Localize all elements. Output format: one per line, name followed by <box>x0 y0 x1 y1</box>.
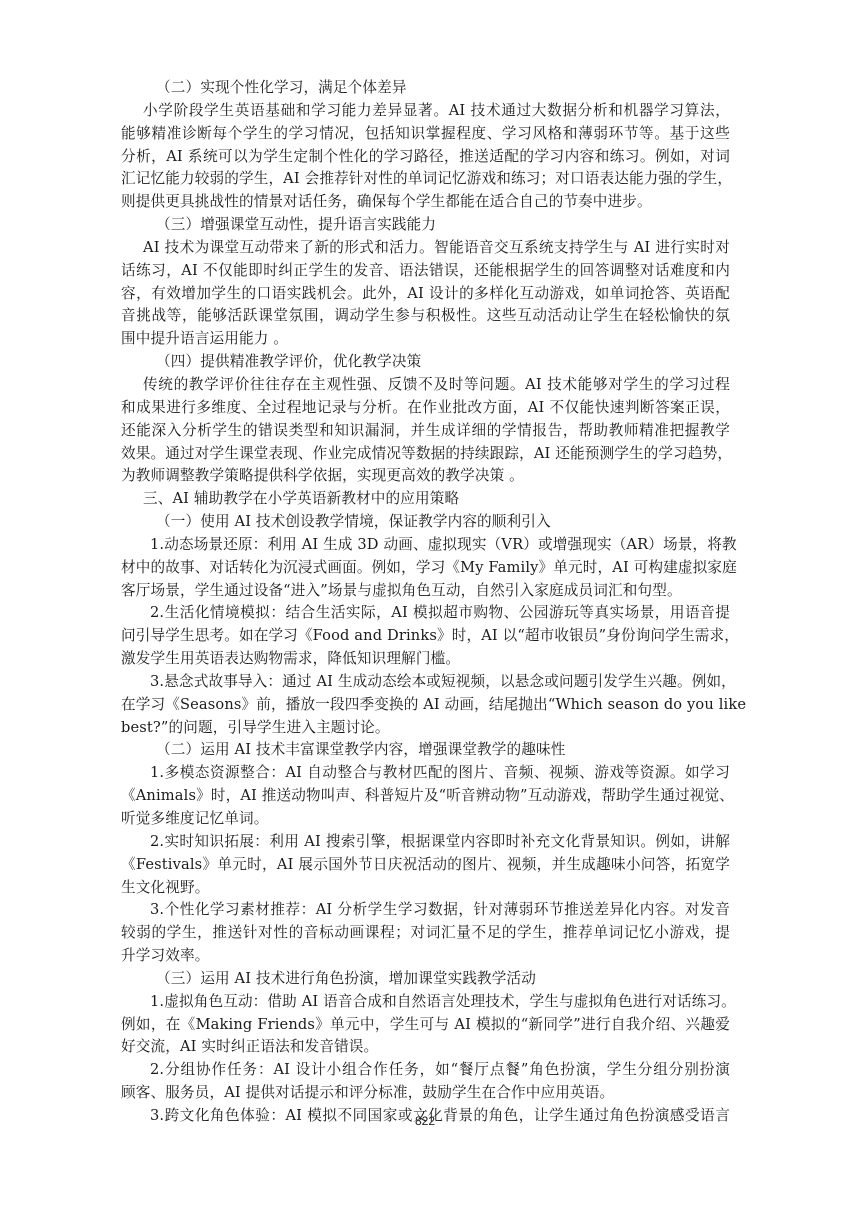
paragraph-line: 1.动态场景还原：利用 AI 生成 3D 动画、虚拟现实（VR）或增强现实（AR… <box>121 534 730 557</box>
paragraph-line: 还能深入分析学生的错误类型和知识漏洞，并生成详细的学情报告，帮助教师精准把握教学 <box>121 420 730 443</box>
paragraph-line: 1.虚拟角色互动：借助 AI 语音合成和自然语言处理技术，学生与虚拟角色进行对话… <box>121 991 730 1014</box>
page-number: 822 <box>0 1114 850 1128</box>
paragraph-line: 《Festivals》单元时，AI 展示国外节日庆祝活动的图片、视频，并生成趣味… <box>121 854 730 877</box>
paragraph-line: 传统的教学评价往往存在主观性强、反馈不及时等问题。AI 技术能够对学生的学习过程 <box>121 374 730 397</box>
paragraph-line: 围中提升语言运用能力 。 <box>121 328 730 351</box>
paragraph-line: 问引导学生思考。如在学习《Food and Drinks》时，AI 以“超市收银… <box>121 625 730 648</box>
paragraph-line: 好交流，AI 实时纠正语法和发音错误。 <box>121 1036 730 1059</box>
paragraph-line: 3.悬念式故事导入：通过 AI 生成动态绘本或短视频，以悬念或问题引发学生兴趣。… <box>121 671 730 694</box>
paragraph-line: 容，有效增加学生的口语实践机会。此外，AI 设计的多样化互动游戏，如单词抢答、英… <box>121 283 730 306</box>
paragraph-line: 在学习《Seasons》前，播放一段四季变换的 AI 动画，结尾抛出“Which… <box>121 694 730 717</box>
subheading: （二）实现个性化学习，满足个体差异 <box>121 77 730 100</box>
paragraph-line: 分析，AI 系统可以为学生定制个性化的学习路径，推送适配的学习内容和练习。例如，… <box>121 146 730 169</box>
paragraph-line: 3.个性化学习素材推荐：AI 分析学生学习数据，针对薄弱环节推送差异化内容。对发… <box>121 899 730 922</box>
paragraph-line: 能够精准诊断每个学生的学习情况，包括知识掌握程度、学习风格和薄弱环节等。基于这些 <box>121 123 730 146</box>
paragraph-line: 小学阶段学生英语基础和学习能力差异显著。AI 技术通过大数据分析和机器学习算法， <box>121 100 730 123</box>
subheading: （四）提供精准教学评价，优化教学决策 <box>121 351 730 374</box>
subheading: （一）使用 AI 技术创设教学情境，保证教学内容的顺利引入 <box>121 511 730 534</box>
paragraph-line: 2.分组协作任务：AI 设计小组合作任务，如“餐厅点餐”角色扮演，学生分组分别扮… <box>121 1059 730 1082</box>
paragraph-line: 为教师调整教学策略提供科学依据，实现更高效的教学决策 。 <box>121 465 730 488</box>
paragraph-line: 音挑战等，能够活跃课堂氛围，调动学生参与积极性。这些互动活动让学生在轻松愉快的氛 <box>121 305 730 328</box>
paragraph-line: 客厅场景，学生通过设备“进入”场景与虚拟角色互动，自然引入家庭成员词汇和句型。 <box>121 580 730 603</box>
section-heading: 三、AI 辅助教学在小学英语新教材中的应用策略 <box>121 488 730 511</box>
paragraph-line: 2.生活化情境模拟：结合生活实际，AI 模拟超市购物、公园游玩等真实场景，用语音… <box>121 602 730 625</box>
subheading: （三）运用 AI 技术进行角色扮演，增加课堂实践教学活动 <box>121 968 730 991</box>
paragraph-line: 升学习效率。 <box>121 945 730 968</box>
paragraph-line: 顾客、服务员，AI 提供对话提示和评分标准，鼓励学生在合作中应用英语。 <box>121 1082 730 1105</box>
paragraph-line: 较弱的学生，推送针对性的音标动画课程；对词汇量不足的学生，推荐单词记忆小游戏，提 <box>121 922 730 945</box>
paragraph-line: 《Animals》时，AI 推送动物叫声、科普短片及“听音辨动物”互动游戏，帮助… <box>121 785 730 808</box>
paragraph-line: 材中的故事、对话转化为沉浸式画面。例如，学习《My Family》单元时，AI … <box>121 557 730 580</box>
paragraph-line: 汇记忆能力较弱的学生，AI 会推荐针对性的单词记忆游戏和练习；对口语表达能力强的… <box>121 168 730 191</box>
paragraph-line: 2.实时知识拓展：利用 AI 搜索引擎，根据课堂内容即时补充文化背景知识。例如，… <box>121 831 730 854</box>
subheading: （二）运用 AI 技术丰富课堂教学内容，增强课堂教学的趣味性 <box>121 739 730 762</box>
paragraph-line: 和成果进行多维度、全过程地记录与分析。在作业批改方面，AI 不仅能快速判断答案正… <box>121 397 730 420</box>
subheading: （三）增强课堂互动性，提升语言实践能力 <box>121 214 730 237</box>
paragraph-line: 激发学生用英语表达购物需求，降低知识理解门槛。 <box>121 648 730 671</box>
paragraph-line: 听觉多维度记忆单词。 <box>121 808 730 831</box>
paragraph-line: AI 技术为课堂互动带来了新的形式和活力。智能语音交互系统支持学生与 AI 进行… <box>121 237 730 260</box>
paragraph-line: 则提供更具挑战性的情景对话任务，确保每个学生都能在适合自己的节奏中进步。 <box>121 191 730 214</box>
paragraph-line: 生文化视野。 <box>121 877 730 900</box>
paragraph-line: 1.多模态资源整合：AI 自动整合与教材匹配的图片、音频、视频、游戏等资源。如学… <box>121 762 730 785</box>
paragraph-line: 话练习，AI 不仅能即时纠正学生的发音、语法错误，还能根据学生的回答调整对话难度… <box>121 260 730 283</box>
paragraph-line: best?”的问题，引导学生进入主题讨论。 <box>121 717 730 740</box>
paragraph-line: 例如，在《Making Friends》单元中，学生可与 AI 模拟的“新同学”… <box>121 1014 730 1037</box>
paragraph-line: 效果。通过对学生课堂表现、作业完成情况等数据的持续跟踪，AI 还能预测学生的学习… <box>121 443 730 466</box>
document-body: （二）实现个性化学习，满足个体差异 小学阶段学生英语基础和学习能力差异显著。AI… <box>121 77 730 1128</box>
